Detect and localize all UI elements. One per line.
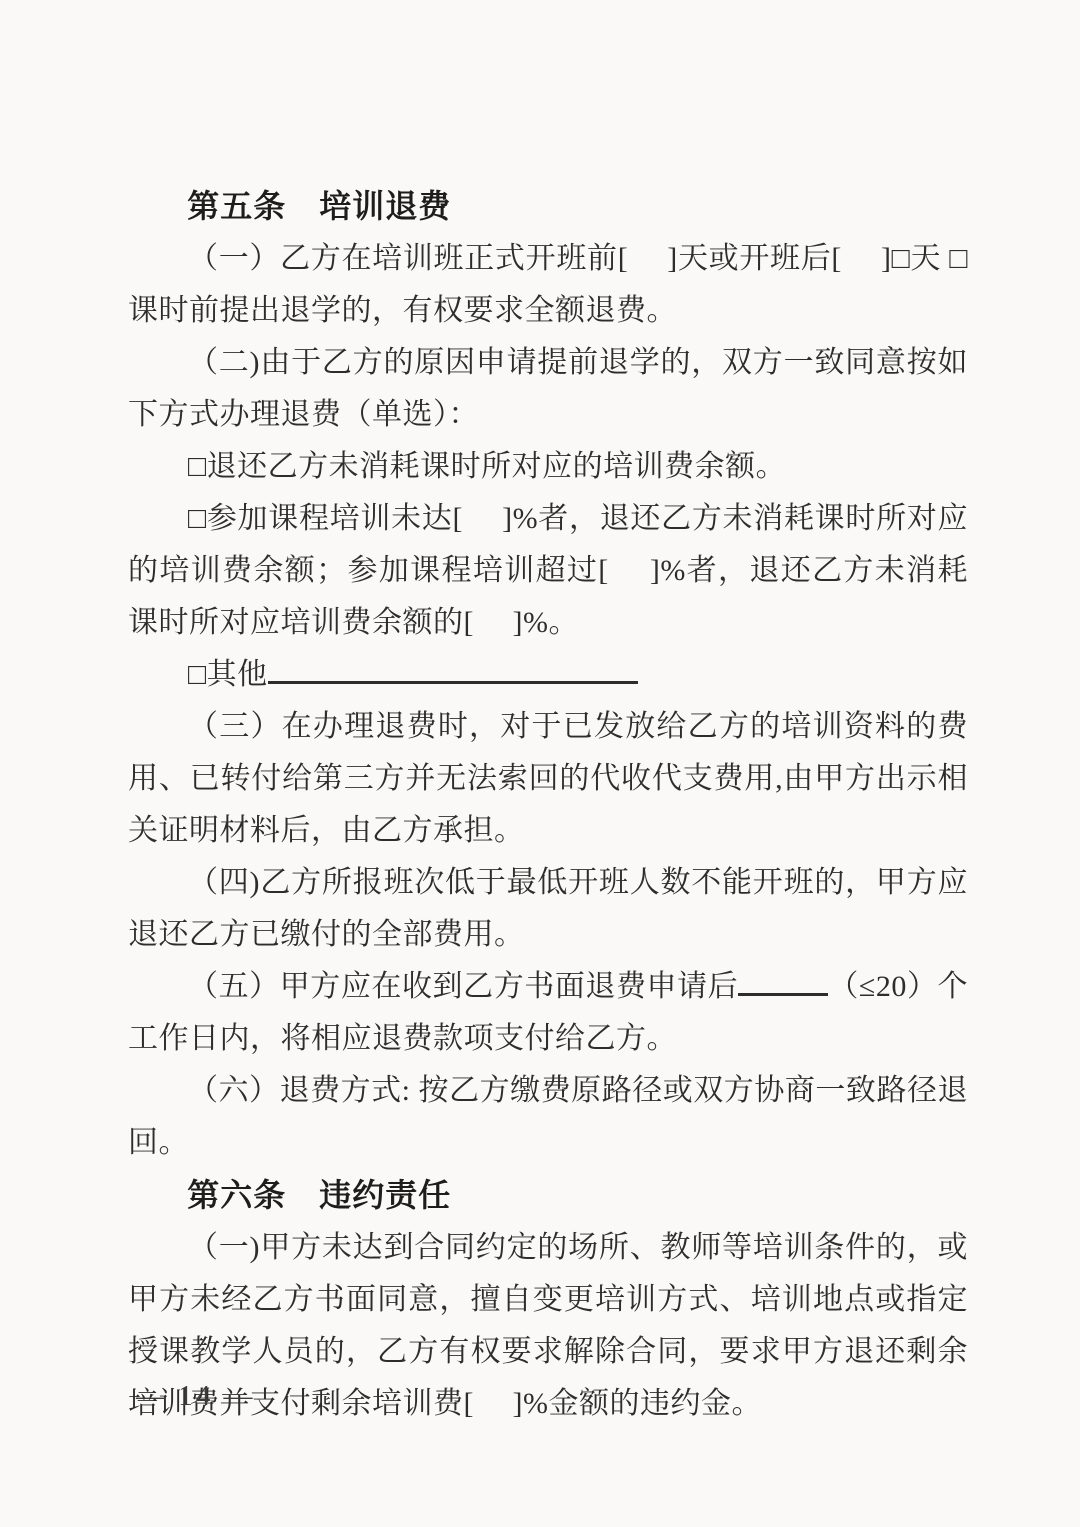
checkbox-option-refund-balance: □退还乙方未消耗课时所对应的培训费余额。 — [128, 441, 968, 493]
clause-1-full-refund: （一）乙方在培训班正式开班前[ ]天或开班后[ ]□天 □课时前提出退学的，有权… — [128, 233, 968, 337]
section-heading-refund: 第五条 培训退费 — [128, 180, 968, 233]
checkbox-option-percentage-refund: □参加课程培训未达[ ]%者，退还乙方未消耗课时所对应的培训费余额；参加课程培训… — [128, 493, 968, 649]
clause-2-early-withdrawal: （二)由于乙方的原因申请提前退学的，双方一致同意按如下方式办理退费（单选）： — [128, 337, 968, 441]
clause-5-refund-deadline: （五）甲方应在收到乙方书面退费申请后（≤20）个工作日内，将相应退费款项支付给乙… — [128, 961, 968, 1065]
section-heading-breach-liability: 第六条 违约责任 — [128, 1169, 968, 1222]
page-body: 第五条 培训退费 （一）乙方在培训班正式开班前[ ]天或开班后[ ]□天 □课时… — [128, 180, 968, 1430]
checkbox-option-other: □其他 — [128, 649, 968, 701]
clause-5-text-before-blank: （五）甲方应在收到乙方书面退费申请后 — [188, 970, 738, 1003]
clause-4-class-not-opened: （四)乙方所报班次低于最低开班人数不能开班的，甲方应退还乙方已缴付的全部费用。 — [128, 857, 968, 961]
contract-document-page: 第五条 培训退费 （一）乙方在培训班正式开班前[ ]天或开班后[ ]□天 □课时… — [0, 0, 1080, 1527]
page-number: — 14 — — [136, 1374, 256, 1418]
checkbox-option-other-label: □其他 — [188, 658, 268, 691]
fill-in-blank-other — [268, 651, 638, 684]
fill-in-blank-working-days — [738, 963, 828, 996]
clause-3-materials-cost: （三）在办理退费时，对于已发放给乙方的培训资料的费用、已转付给第三方并无法索回的… — [128, 701, 968, 857]
clause-6-refund-method: （六）退费方式: 按乙方缴费原路径或双方协商一致路径退回。 — [128, 1065, 968, 1169]
